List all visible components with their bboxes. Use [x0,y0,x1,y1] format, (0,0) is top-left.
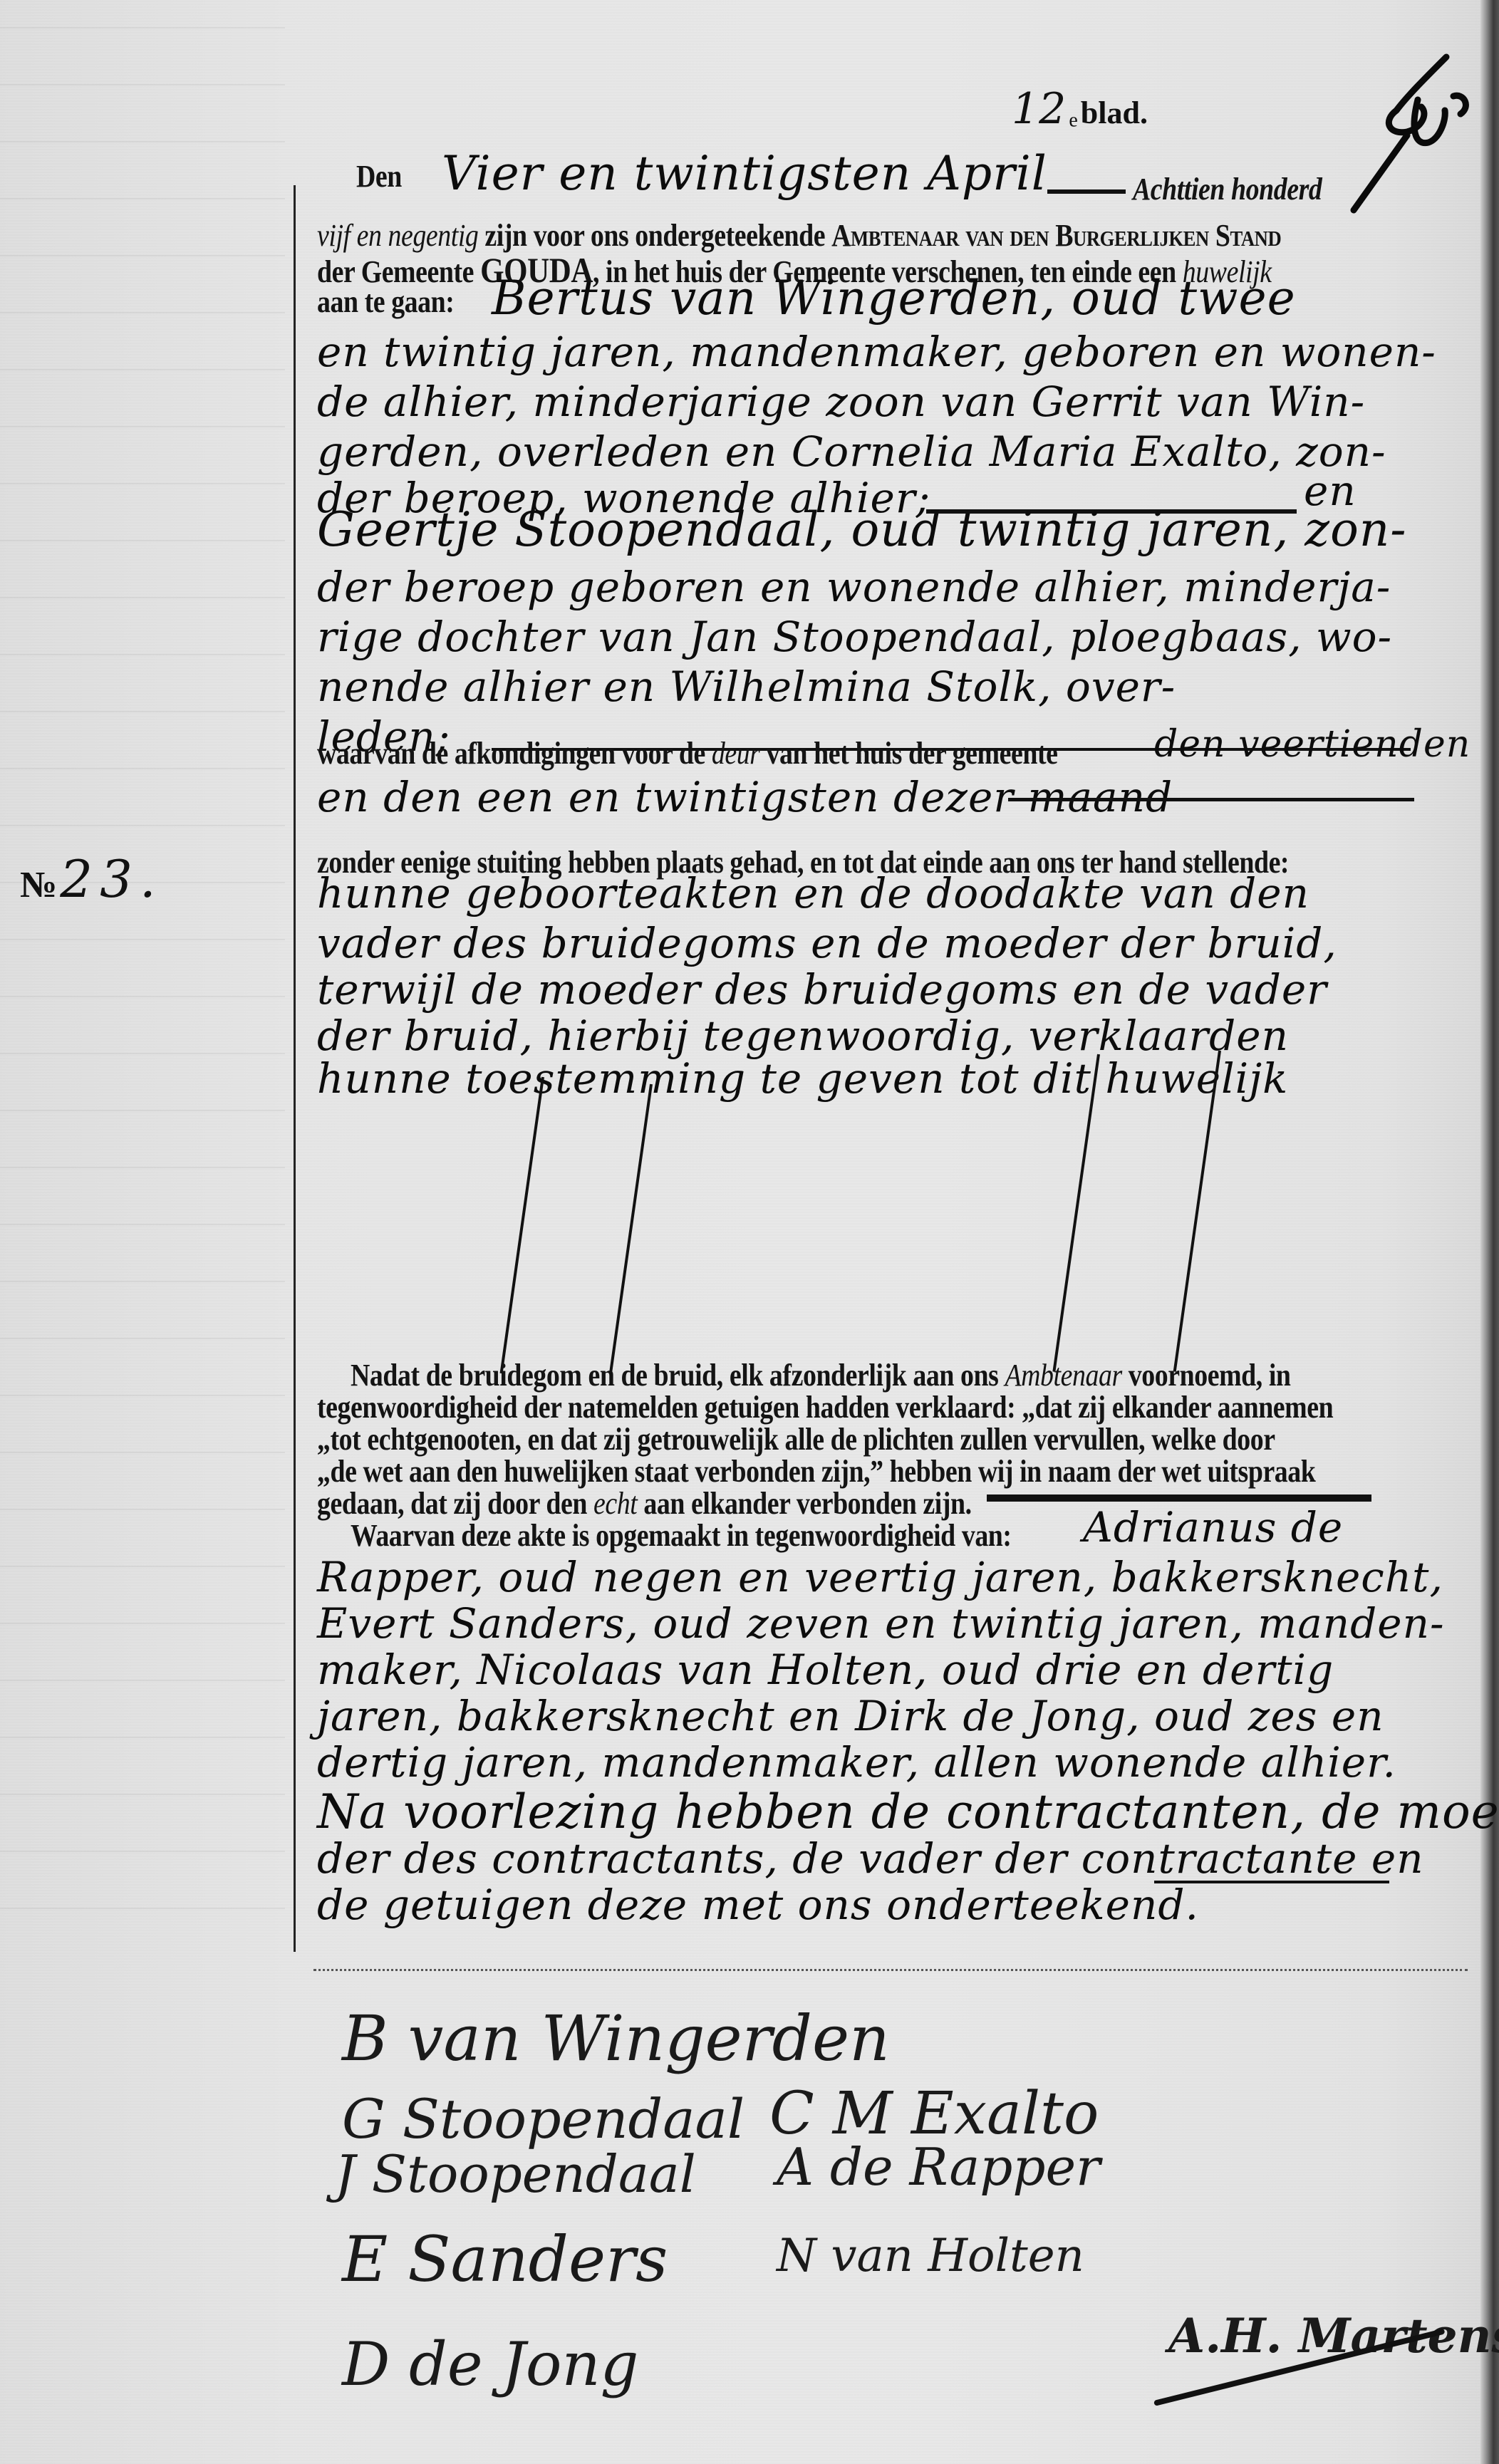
page-word: blad. [1081,95,1148,130]
para-line-5: gedaan, dat zij door den echt aan elkand… [317,1485,972,1522]
aan-te-gaan-label: aan te gaan: [317,284,454,320]
para-line-2: tegenwoordigheid der natemelden getuigen… [317,1389,1333,1425]
signature-witness-4: D de Jong [342,2329,638,2399]
line-proclamations: waarvan de afkondigingen voor de deur va… [317,735,1057,771]
hand-line-10: der beroep geboren en wonende alhier, mi… [317,563,1391,611]
signature-bride-father: J Stoopendaal [335,2144,696,2204]
date-handwritten: Vier en twintigsten April [442,146,1047,201]
para-line-3: „tot echtgenooten, en dat zij getrouweli… [317,1421,1275,1457]
para-line-1: Nadat de bruidegom en de bruid, elk afzo… [351,1357,1291,1393]
hand-line-17: hunne geboorteakten en de doodakte van d… [317,869,1309,917]
official-title: Ambtenaar van den Burgerlijken Stand [831,218,1281,253]
hand-line-19: terwijl de moeder des bruidegoms en de v… [317,965,1327,1014]
bleed-through-text [0,0,285,1923]
italic-term: deur [712,736,760,771]
bride-intro: Geertje Stoopendaal, oud twintig jaren, … [317,502,1407,557]
signature-separator [313,1969,1468,1971]
hand-line-12: nende alhier en Wilhelmina Stolk, over- [317,662,1176,711]
record-number: № 23. [20,849,163,909]
witness-line-3: Evert Sanders, oud zeven en twintig jare… [317,1599,1445,1648]
groom-intro: Bertus van Wingerden, oud twee [492,271,1296,326]
numero-sign: № [20,865,57,905]
fill-line [1154,1881,1389,1883]
closing-line-2: der des contractants, de vader der contr… [317,1834,1424,1883]
hand-line-6: de alhier, minderjarige zoon van Gerrit … [317,378,1365,426]
hand-line-5: en twintig jaren, mandenmaker, geboren e… [317,328,1436,376]
signature-witness-2: E Sanders [342,2223,668,2296]
signature-witness-1: A de Rapper [777,2137,1100,2197]
italic-term: echt [593,1486,637,1521]
page-label: 12 e blad. [1012,84,1148,134]
page-edge-shadow [1480,0,1499,2464]
den-label: Den [356,158,402,194]
year-handwritten: vijf en negentig [317,218,478,253]
printed-text: waarvan de afkondigingen voor de [317,736,705,771]
signature-bride: G Stoopendaal [342,2087,745,2151]
fill-line [987,1494,1371,1502]
closing-line-1: Na voorlezing hebben de contractanten, d… [317,1784,1499,1839]
page-number: 12 [1012,84,1066,134]
fill-line [1008,798,1414,801]
proclamation-date-2: en den een en twintigsten dezer maand [317,773,1173,821]
fill-line [1047,189,1126,194]
witness-line-1: Adrianus de [1083,1503,1343,1551]
page-number-suffix: e [1069,109,1077,131]
hand-line-20: der bruid, hierbij tegenwoordig, verklaa… [317,1012,1289,1060]
printed-text: zijn voor ons ondergeteekende [484,218,825,253]
witness-line-4: maker, Nicolaas van Holten, oud drie en … [317,1646,1334,1694]
printed-text: gedaan, dat zij door den [317,1486,587,1521]
hand-line-18: vader des bruidegoms en de moeder der br… [317,919,1337,967]
para-line-4: „de wet aan den huwelijken staat verbond… [317,1453,1315,1490]
line-year-official: vijf en negentig zijn voor ons ondergete… [317,217,1281,254]
hand-line-11: rige dochter van Jan Stoopendaal, ploegb… [317,613,1392,661]
record-number-value: 23. [60,849,163,909]
proclamation-date-1: den veertienden [1154,723,1471,766]
printed-year-start: Achttien honderd [1133,171,1322,207]
printed-text: Nadat de bruidegom en de bruid, elk afzo… [351,1358,998,1393]
italic-term: Ambtenaar [1005,1358,1121,1393]
witness-line-2: Rapper, oud negen en veertig jaren, bakk… [317,1553,1443,1601]
signature-witness-3: N van Holten [777,2230,1084,2282]
witness-line-6: dertig jaren, mandenmaker, allen wonende… [317,1738,1396,1787]
printed-text: aan elkander verbonden zijn. [643,1486,971,1521]
margin-rule [294,185,296,1952]
signature-groom: B van Wingerden [342,2002,890,2075]
printed-text: van het huis der gemeente [767,736,1058,771]
hand-line-21: hunne toestemming te geven tot dit huwel… [317,1054,1288,1103]
witness-line-5: jaren, bakkersknecht en Dirk de Jong, ou… [317,1692,1384,1740]
printed-text: voornoemd, in [1129,1358,1291,1393]
witness-intro: Waarvan deze akte is opgemaakt in tegenw… [351,1517,1012,1554]
closing-line-3: de getuigen deze met ons onderteekend. [317,1881,1199,1929]
paraph-mark-icon [1339,28,1482,214]
line-date: Den [356,158,409,194]
hand-line-7: gerden, overleden en Cornelia Maria Exal… [317,427,1386,476]
